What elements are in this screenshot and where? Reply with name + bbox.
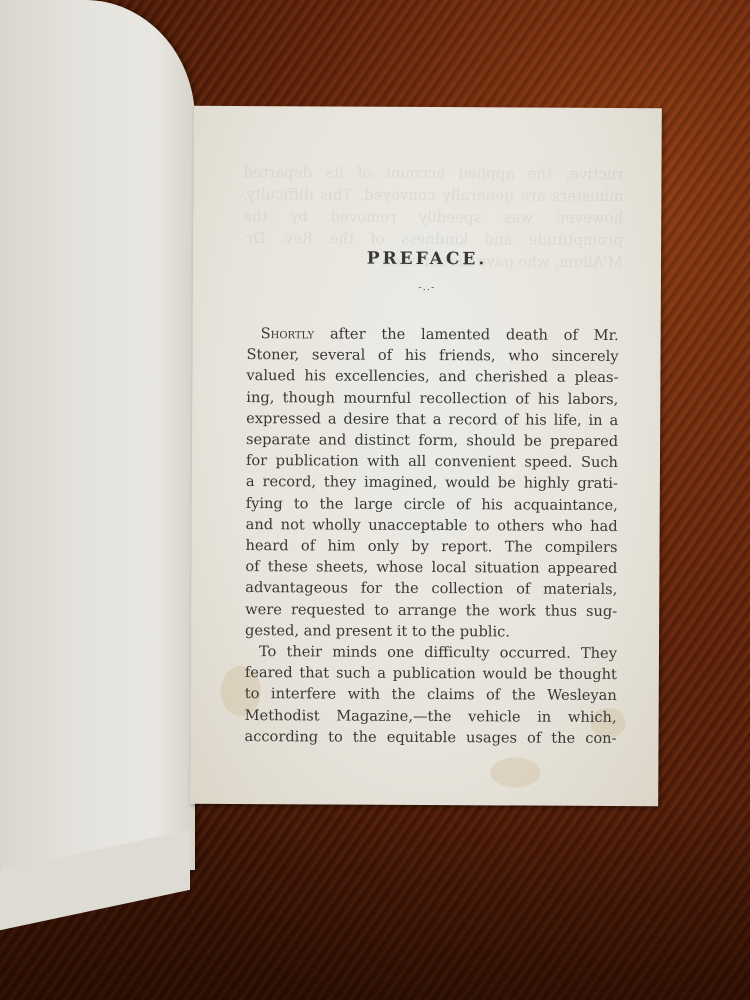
text-line: advantageous for the collection of mater… xyxy=(245,577,617,600)
text-line: were requested to arrange the work thus … xyxy=(245,599,617,622)
text-line: To their minds one difficulty occurred. … xyxy=(245,641,617,664)
text-line: Methodist Magazine,—the vehicle in which… xyxy=(245,705,617,728)
text-line: of these sheets, whose local situation a… xyxy=(245,556,617,579)
text-line: a record, they imagined, would be highly… xyxy=(246,471,618,494)
preface-body: Shortly after the lamented death of Mr. … xyxy=(244,323,618,749)
text-line: heard of him only by report. The compile… xyxy=(245,535,617,558)
text-line: Shortly after the lamented death of Mr. xyxy=(247,323,619,346)
lead-word: Shortly xyxy=(261,325,315,342)
text-line: feared that such a publication would be … xyxy=(245,662,617,685)
text-line: gested, and present it to the public. xyxy=(245,620,617,643)
title-ornament: -..- xyxy=(193,281,661,294)
text-line: and not wholly unacceptable to others wh… xyxy=(246,514,618,537)
page-title: PREFACE. xyxy=(193,248,661,270)
text-line: ing, though mournful recollection of his… xyxy=(246,387,618,410)
text-line: to interfere with the claims of the Wesl… xyxy=(245,684,617,707)
left-page xyxy=(0,0,195,870)
right-page-preface: ructive, the applied account of its depa… xyxy=(190,106,662,806)
text-line: according to the equitable usages of the… xyxy=(244,726,616,749)
text-line: Stoner, several of his friends, who sinc… xyxy=(246,344,618,367)
text-line: separate and distinct form, should be pr… xyxy=(246,429,618,452)
text-line: for publication with all convenient spee… xyxy=(246,450,618,473)
foxing-stain xyxy=(490,757,540,787)
text-line: valued his excellencies, and cherished a… xyxy=(246,365,618,388)
text-line: fying to the large circle of his acquain… xyxy=(246,493,618,516)
text-line: expressed a desire that a record of his … xyxy=(246,408,618,431)
